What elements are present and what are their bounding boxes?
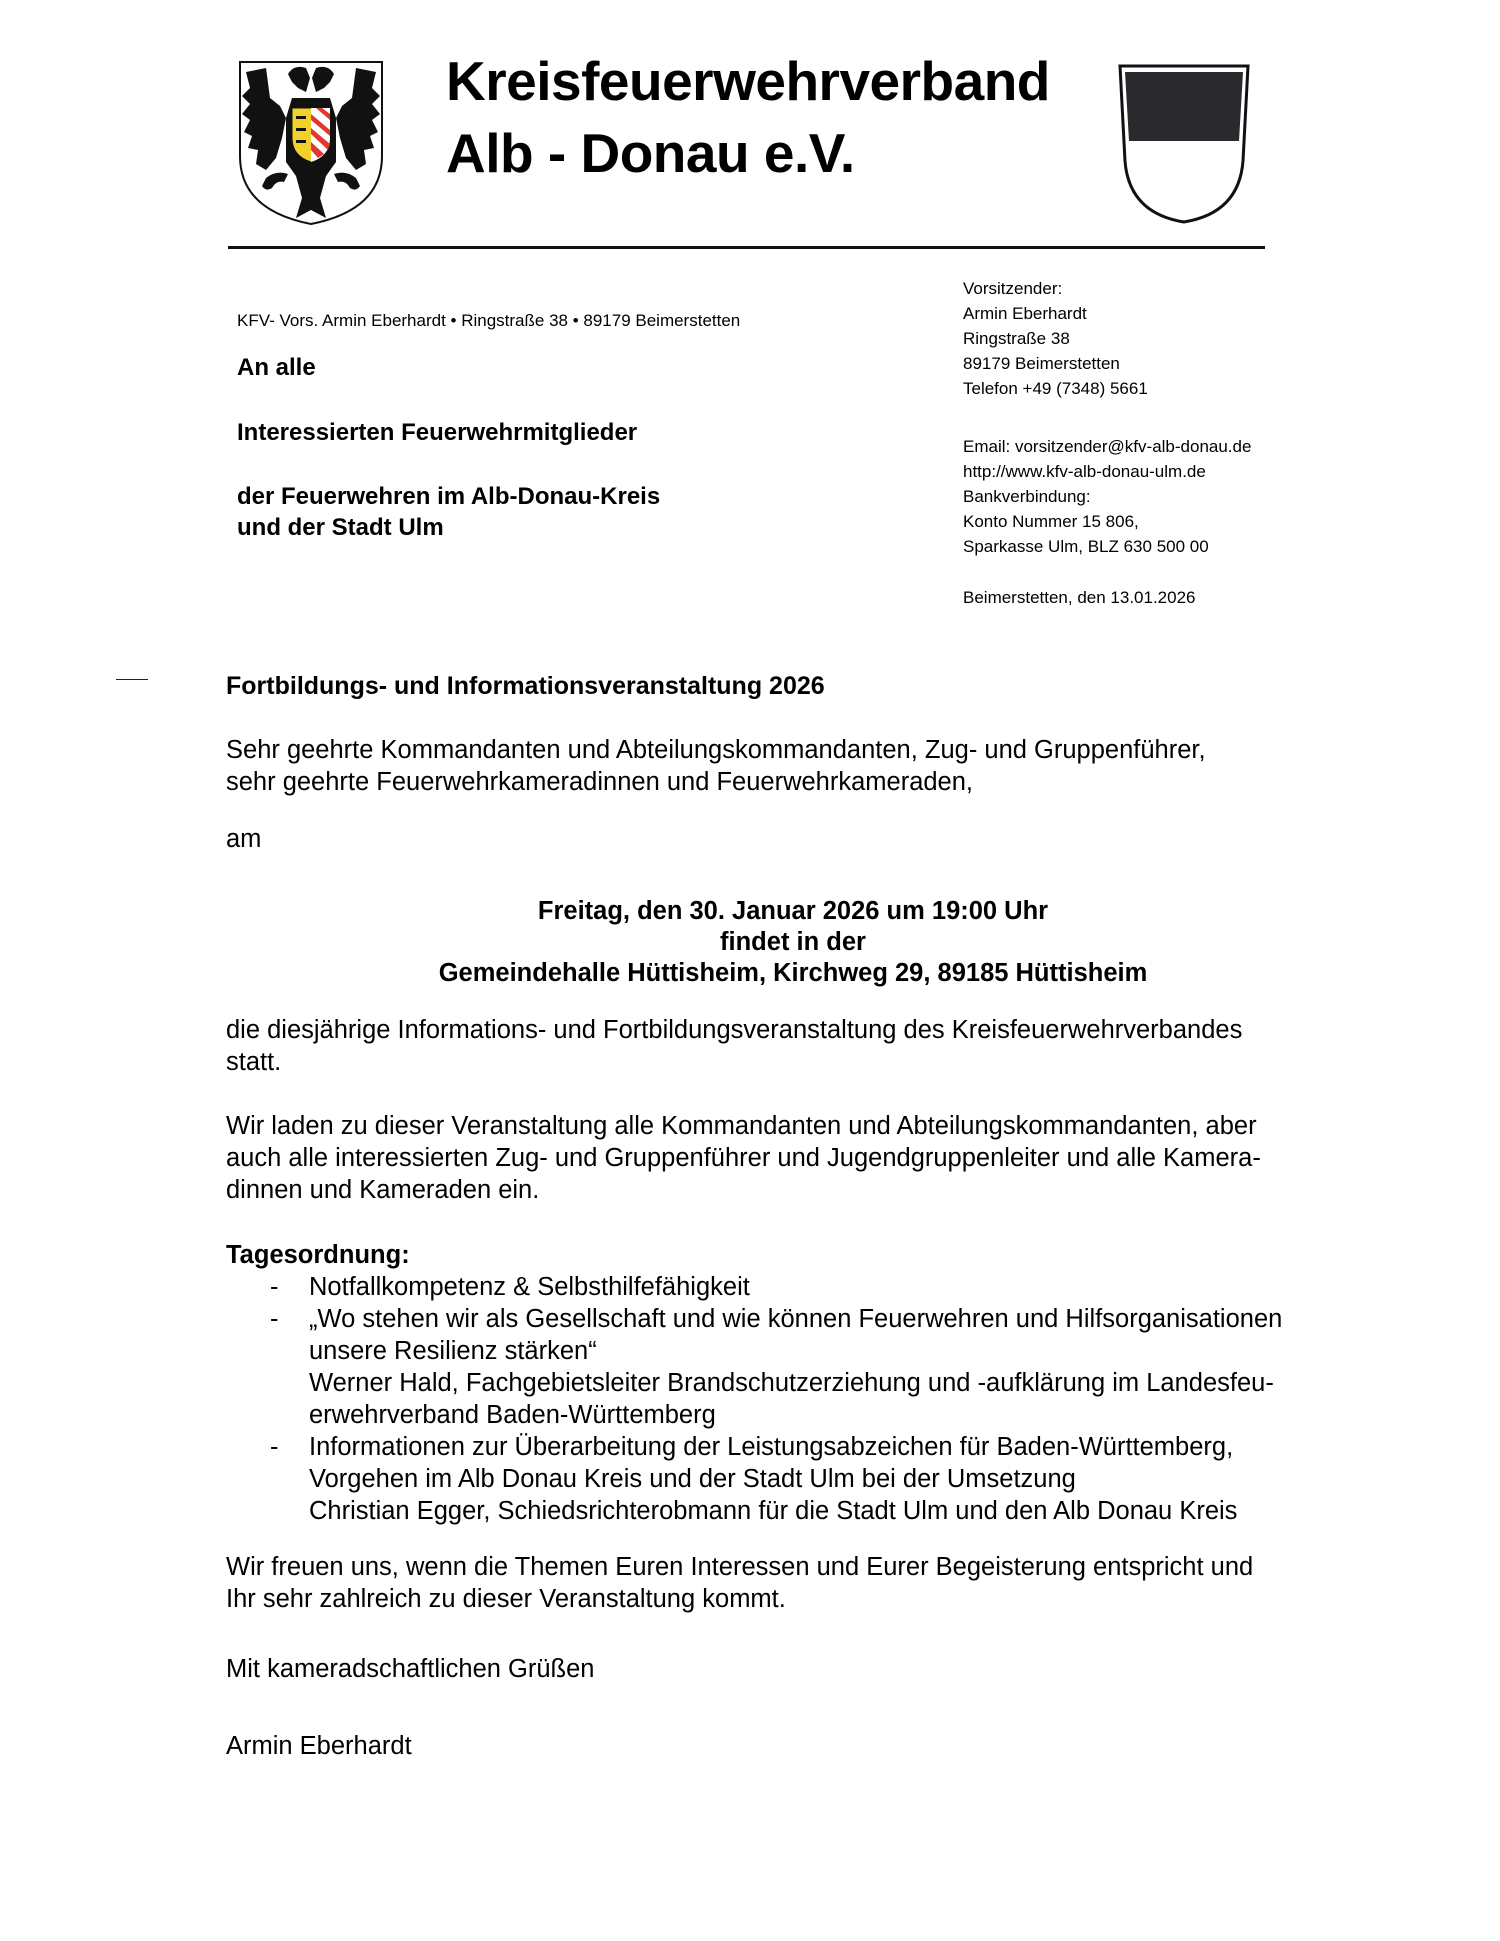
contact-street: Ringstraße 38: [963, 326, 1251, 351]
bank-name: Sparkasse Ulm, BLZ 630 500 00: [963, 534, 1251, 559]
agenda-item-line: Notfallkompetenz & Selbsthilfefähigkeit: [309, 1271, 1386, 1303]
org-name-line1: Kreisfeuerwehrverband: [446, 54, 1050, 109]
spacer: [963, 559, 1251, 585]
bullet-dash-icon: -: [270, 1431, 279, 1463]
recipient-line-3: der Feuerwehren im Alb-Donau-Kreis: [237, 485, 660, 509]
contact-role: Vorsitzender:: [963, 276, 1251, 301]
agenda-item-line: „Wo stehen wir als Gesellschaft und wie …: [309, 1303, 1386, 1335]
contact-email[interactable]: Email: vorsitzender@kfv-alb-donau.de: [963, 434, 1251, 459]
closing-paragraph-line-1: Wir freuen uns, wenn die Themen Euren In…: [226, 1551, 1386, 1583]
paragraph-2-line-1: Wir laden zu dieser Veranstaltung alle K…: [226, 1110, 1386, 1142]
fold-mark: [116, 679, 148, 680]
agenda-item: -Notfallkompetenz & Selbsthilfefähigkeit: [226, 1271, 1386, 1303]
closing-paragraph: Wir freuen uns, wenn die Themen Euren In…: [226, 1551, 1386, 1615]
agenda-item-line: Vorgehen im Alb Donau Kreis und der Stad…: [309, 1463, 1386, 1495]
recipient-line-2: Interessierten Feuerwehrmitglieder: [237, 421, 637, 445]
contact-city: 89179 Beimerstetten: [963, 351, 1251, 376]
signature-name: Armin Eberhardt: [226, 1730, 1386, 1762]
salutation: Sehr geehrte Kommandanten und Abteilungs…: [226, 734, 1386, 798]
bullet-dash-icon: -: [270, 1271, 279, 1303]
agenda-item: -Informationen zur Überarbeitung der Lei…: [226, 1431, 1386, 1527]
bank-label: Bankverbindung:: [963, 484, 1251, 509]
agenda-list: -Notfallkompetenz & Selbsthilfefähigkeit…: [226, 1271, 1386, 1527]
intro-word: am: [226, 823, 1386, 855]
event-middle: findet in der: [226, 927, 1360, 958]
letter-date: Beimerstetten, den 13.01.2026: [963, 585, 1251, 610]
bank-account: Konto Nummer 15 806,: [963, 509, 1251, 534]
contact-phone: Telefon +49 (7348) 5661: [963, 376, 1251, 401]
bullet-dash-icon: -: [270, 1303, 279, 1335]
contact-block: Vorsitzender: Armin Eberhardt Ringstraße…: [963, 276, 1251, 610]
salutation-line-1: Sehr geehrte Kommandanten und Abteilungs…: [226, 734, 1386, 766]
recipient-line-4: und der Stadt Ulm: [237, 516, 444, 540]
event-venue: Gemeindehalle Hüttisheim, Kirchweg 29, 8…: [226, 958, 1360, 989]
agenda: Tagesordnung: -Notfallkompetenz & Selbst…: [226, 1239, 1386, 1527]
event-details: Freitag, den 30. Januar 2026 um 19:00 Uh…: [226, 896, 1360, 989]
agenda-item-line: erwehrverband Baden-Württemberg: [309, 1399, 1386, 1431]
subject-line: Fortbildungs- und Informationsveranstalt…: [226, 672, 825, 701]
agenda-item-line: Informationen zur Überarbeitung der Leis…: [309, 1431, 1386, 1463]
event-date: Freitag, den 30. Januar 2026 um 19:00 Uh…: [226, 896, 1360, 927]
paragraph-1-line-1: die diesjährige Informations- und Fortbi…: [226, 1014, 1386, 1046]
agenda-item-line: unsere Resilienz stärken“: [309, 1335, 1386, 1367]
paragraph-2-line-2: auch alle interessierten Zug- und Gruppe…: [226, 1142, 1386, 1174]
sender-return-address: KFV- Vors. Armin Eberhardt • Ringstraße …: [237, 311, 740, 331]
org-name-line2: Alb - Donau e.V.: [446, 126, 855, 181]
eagle-coat-of-arms-icon: [236, 58, 386, 228]
agenda-heading: Tagesordnung:: [226, 1239, 1386, 1271]
closing-greeting: Mit kameradschaftlichen Grüßen: [226, 1653, 1386, 1685]
paragraph-2: Wir laden zu dieser Veranstaltung alle K…: [226, 1110, 1386, 1206]
paragraph-2-line-3: dinnen und Kameraden ein.: [226, 1174, 1386, 1206]
paragraph-1: die diesjährige Informations- und Fortbi…: [226, 1014, 1386, 1078]
contact-name: Armin Eberhardt: [963, 301, 1251, 326]
agenda-item-line: Werner Hald, Fachgebietsleiter Brandschu…: [309, 1367, 1386, 1399]
header-divider: [228, 246, 1265, 249]
spacer: [963, 401, 1251, 434]
recipient-line-1: An alle: [237, 356, 316, 380]
paragraph-1-line-2: statt.: [226, 1046, 1386, 1078]
contact-website[interactable]: http://www.kfv-alb-donau-ulm.de: [963, 459, 1251, 484]
agenda-item-line: Christian Egger, Schiedsrichterobmann fü…: [309, 1495, 1386, 1527]
closing-paragraph-line-2: Ihr sehr zahlreich zu dieser Veranstaltu…: [226, 1583, 1386, 1615]
black-white-shield-icon: [1117, 63, 1251, 225]
salutation-line-2: sehr geehrte Feuerwehrkameradinnen und F…: [226, 766, 1386, 798]
agenda-item: -„Wo stehen wir als Gesellschaft und wie…: [226, 1303, 1386, 1431]
